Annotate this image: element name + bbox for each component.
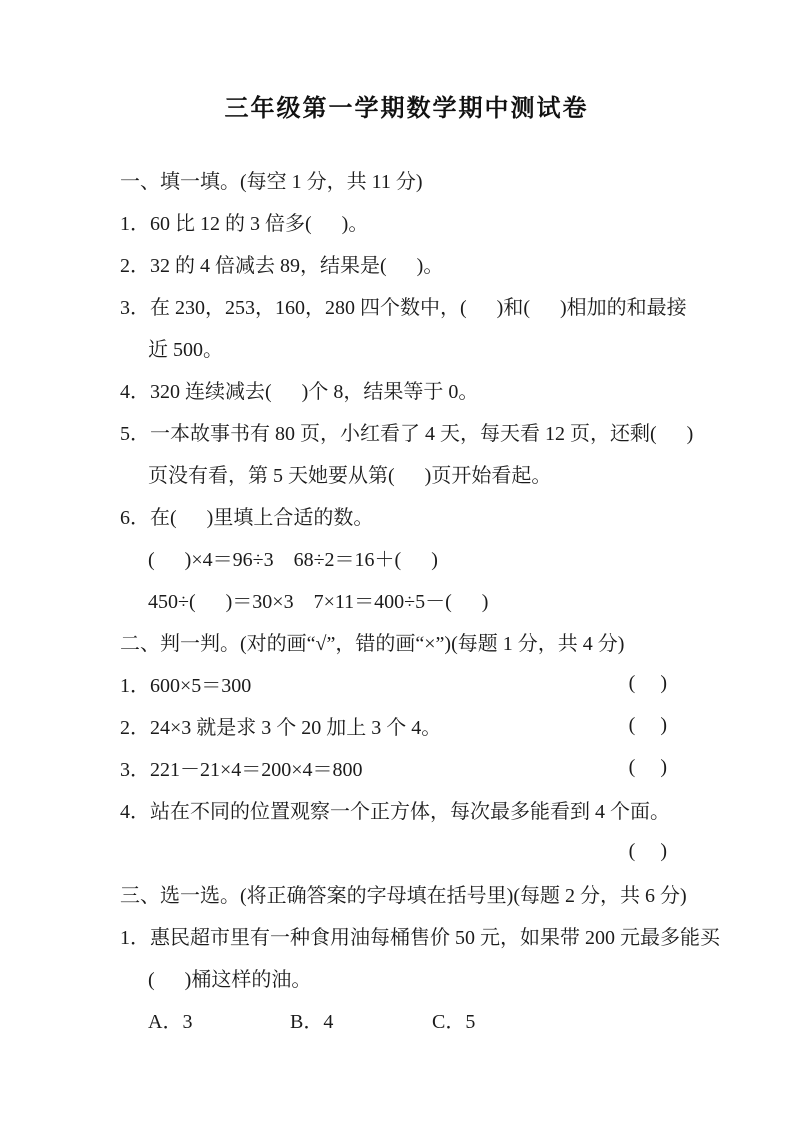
test-paper-page: 三年级第一学期数学期中测试卷 一、填一填。(每空 1 分，共 11 分) 1．6… [0,0,793,1122]
section-1-heading: 一、填一填。(每空 1 分，共 11 分) [120,158,693,200]
fill-q6-equation-line-2: 450÷( )＝30×3 7×11＝400÷5－( ) [120,578,693,620]
fill-q6-equation-line-1: ( )×4＝96÷3 68÷2＝16＋( ) [120,536,693,578]
section-true-false: 二、判一判。(对的画“√”，错的画“×”)(每题 1 分，共 4 分) 1．60… [120,620,693,872]
judge-q2-answer-bracket: ( ) [629,714,667,737]
judge-q3-answer-bracket: ( ) [629,756,667,779]
fill-q3-line-1: 3．在 230，253，160，280 四个数中，( )和( )相加的和最接 [120,284,693,326]
choice-q1-line-2: ( )桶这样的油。 [120,956,693,998]
section-2-heading: 二、判一判。(对的画“√”，错的画“×”)(每题 1 分，共 4 分) [120,620,693,662]
judge-q4-row: 4．站在不同的位置观察一个正方体，每次最多能看到 4 个面。 [120,788,693,830]
judge-q1-row: 1．600×5＝300 ( ) [120,662,693,704]
judge-q2-row: 2．24×3 就是求 3 个 20 加上 3 个 4。 ( ) [120,704,693,746]
judge-q3-row: 3．221－21×4＝200×4＝800 ( ) [120,746,693,788]
judge-q3-text: 3．221－21×4＝200×4＝800 [120,753,363,782]
choice-q1-option-b: B．4 [290,1005,432,1034]
judge-q4-answer-row: ( ) [120,830,693,872]
fill-q2-line: 2．32 的 4 倍减去 89，结果是( )。 [120,242,693,284]
section-3-heading: 三、选一选。(将正确答案的字母填在括号里)(每题 2 分，共 6 分) [120,872,693,914]
judge-q2-text: 2．24×3 就是求 3 个 20 加上 3 个 4。 [120,711,441,740]
fill-q3-line-2: 近 500。 [120,326,693,368]
fill-q4-line: 4．320 连续减去( )个 8，结果等于 0。 [120,368,693,410]
fill-q5-line-2: 页没有看，第 5 天她要从第( )页开始看起。 [120,452,693,494]
fill-q5-line-1: 5．一本故事书有 80 页，小红看了 4 天，每天看 12 页，还剩( ) [120,410,693,452]
judge-q4-text: 4．站在不同的位置观察一个正方体，每次最多能看到 4 个面。 [120,795,670,824]
section-fill-in-blanks: 一、填一填。(每空 1 分，共 11 分) 1．60 比 12 的 3 倍多( … [120,158,693,620]
fill-q1-line: 1．60 比 12 的 3 倍多( )。 [120,200,693,242]
section-multiple-choice: 三、选一选。(将正确答案的字母填在括号里)(每题 2 分，共 6 分) 1．惠民… [120,872,693,1040]
choice-q1-option-c: C．5 [432,1005,475,1034]
choice-q1-options-row: A．3 B．4 C．5 [120,998,693,1040]
judge-q4-answer-bracket: ( ) [629,840,667,863]
choice-q1-line-1: 1．惠民超市里有一种食用油每桶售价 50 元，如果带 200 元最多能买 [120,914,693,956]
page-title: 三年级第一学期数学期中测试卷 [120,94,693,124]
choice-q1-option-a: A．3 [148,1005,290,1034]
fill-q6-line-1: 6．在( )里填上合适的数。 [120,494,693,536]
judge-q1-text: 1．600×5＝300 [120,669,251,698]
judge-q1-answer-bracket: ( ) [629,672,667,695]
